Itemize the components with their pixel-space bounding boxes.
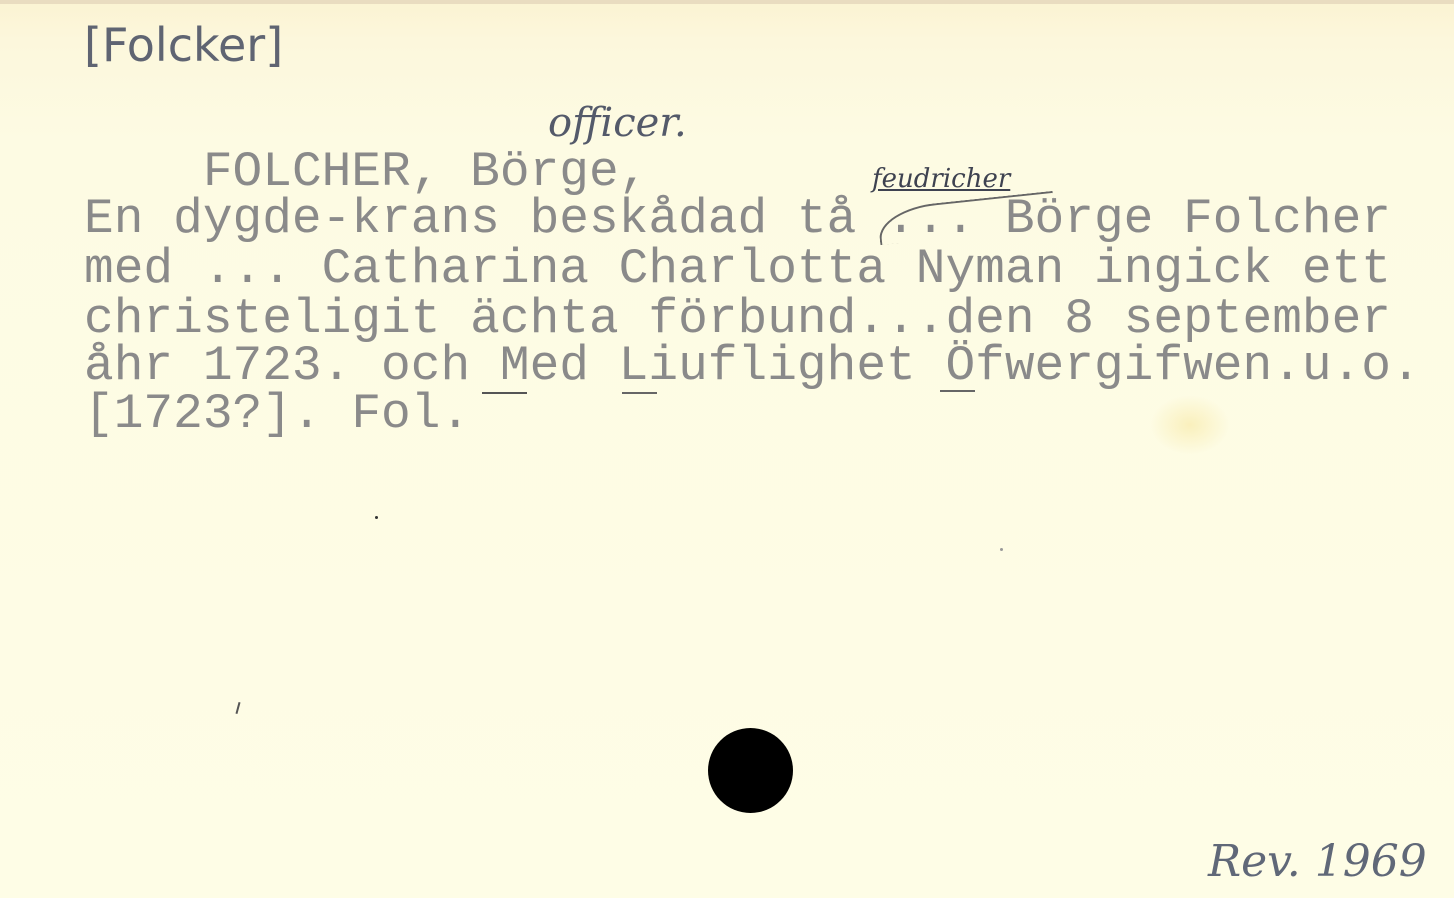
punch-hole (708, 728, 793, 813)
entry-role-handwritten: officer. (548, 100, 687, 146)
speck (375, 516, 378, 519)
speck (1000, 548, 1003, 551)
annotation-above: feudricher (872, 164, 1010, 194)
revision-note: Rev. 1969 (1208, 836, 1427, 887)
body-line-4: åhr 1723. och Med Liuflighet Öfwergifwen… (84, 342, 1421, 392)
body-line-1: En dygde-krans beskådad tå ... Börge Fol… (84, 195, 1391, 245)
catalog-card: [Folcker] FOLCHER, Börge, officer. feudr… (0, 0, 1454, 898)
body-line-5: [1723?]. Fol. (84, 390, 470, 440)
handwritten-heading: [Folcker] (84, 18, 283, 72)
underline-mark (940, 390, 975, 392)
underline-mark (622, 392, 657, 394)
speck (235, 702, 240, 714)
paper-stain (1150, 395, 1230, 455)
underline-mark (482, 392, 527, 394)
body-line-2: med ... Catharina Charlotta Nyman ingick… (84, 245, 1391, 295)
